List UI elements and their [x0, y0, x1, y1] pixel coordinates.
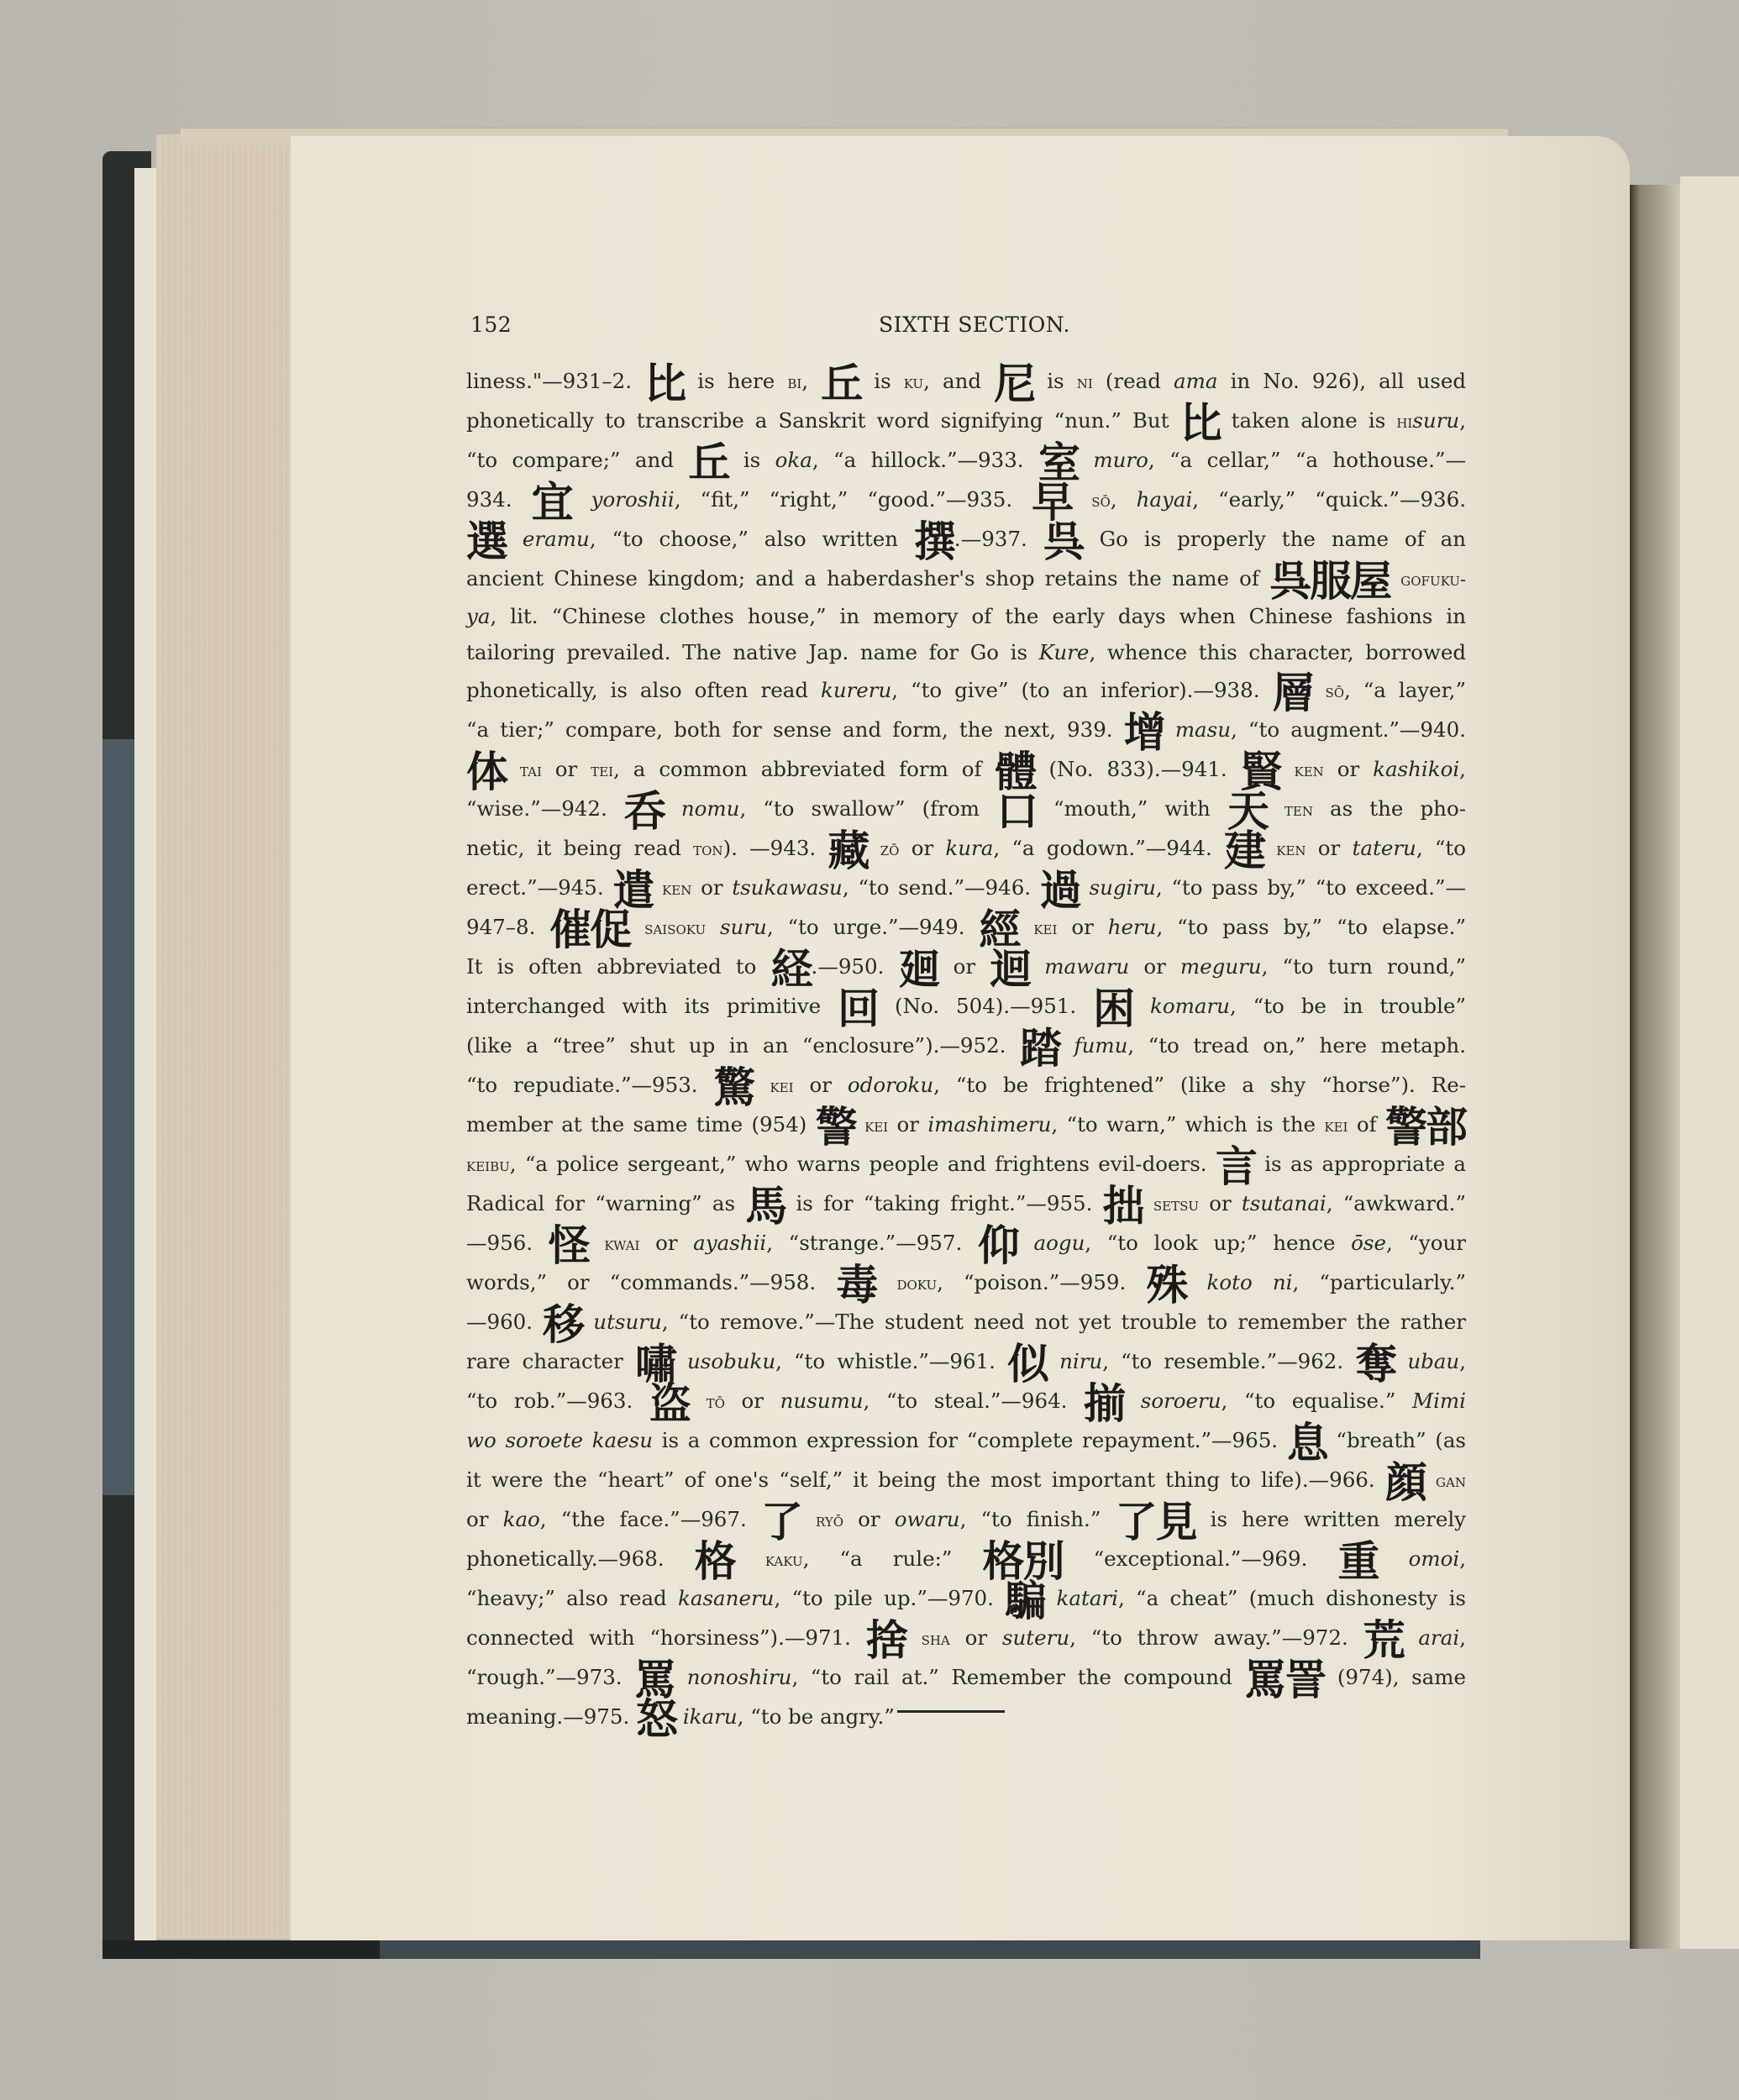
text-run: [1133, 994, 1150, 1018]
text-line: —960. 移 utsuru, “to remove.”—The student…: [466, 1302, 1466, 1341]
text-run: is as appropriate a: [1256, 1152, 1466, 1176]
small-caps-run: KEI: [770, 1076, 793, 1096]
kanji-character: 過: [1040, 878, 1080, 903]
kanji-character: 息: [1287, 1431, 1327, 1456]
text-run: [1048, 1349, 1059, 1373]
italic-run: kasaneru: [678, 1586, 774, 1610]
text-run: phonetically to transcribe a Sanskrit wo…: [466, 408, 1180, 433]
kanji-character: 丘: [821, 371, 861, 396]
small-caps-run: TŌ: [707, 1392, 725, 1412]
italic-run: kura: [945, 836, 993, 860]
kanji-character: 盗: [649, 1391, 690, 1416]
text-line: 選 eramu, “to choose,” also written 撰.—93…: [466, 519, 1466, 559]
kanji-character: 口: [996, 799, 1037, 824]
text-run: , “to be frightened” (like a shy “horse”…: [933, 1073, 1466, 1097]
text-line: phonetically.—968. 格 KAKU, “a rule:” 格別 …: [466, 1539, 1466, 1578]
text-line: erect.”—945. 遣 KEN or tsukawasu, “to sen…: [466, 868, 1466, 907]
text-run: , “to equalise.”: [1222, 1389, 1412, 1413]
page-header: 152 SIXTH SECTION.: [470, 312, 1479, 346]
text-run: “mouth,” with: [1037, 796, 1227, 821]
kanji-character: 体: [466, 759, 507, 785]
italic-run: meguru: [1180, 954, 1262, 979]
text-run: ,: [1459, 1625, 1466, 1650]
endpaper: [134, 168, 156, 1940]
italic-run: tateru: [1353, 836, 1416, 860]
text-run: is: [728, 448, 775, 472]
kanji-character: 仰: [978, 1233, 1018, 1258]
text-run: “to compare;” and: [466, 448, 688, 472]
text-line: rare character 嘯 usobuku, “to whistle.”—…: [466, 1341, 1466, 1381]
text-run: , “a hillock.”—933.: [812, 448, 1038, 472]
italic-run: suru: [720, 915, 767, 939]
text-line: ya, lit. “Chinese clothes house,” in mem…: [466, 598, 1466, 634]
text-line: “wise.”—942. 呑 nomu, “to swallow” (from …: [466, 789, 1466, 828]
italic-run: ama: [1174, 369, 1217, 393]
italic-run: komaru: [1150, 994, 1230, 1018]
kanji-character: 經: [979, 917, 1019, 942]
text-run: [1264, 836, 1276, 860]
text-run: is: [1034, 369, 1077, 393]
text-run: , “to steal.”—964.: [864, 1389, 1085, 1413]
text-run: , “to send.”—946.: [843, 875, 1040, 900]
text-run: [1072, 487, 1091, 512]
text-run: , “a cheat” (much dishonesty is: [1118, 1586, 1466, 1610]
text-run: , “to pile up.”—970.: [774, 1586, 1005, 1610]
text-run: or: [1324, 757, 1373, 781]
text-run: or: [1306, 836, 1353, 860]
text-run: or: [466, 1507, 503, 1531]
text-run: [1060, 1033, 1074, 1058]
text-run: .—937.: [954, 527, 1043, 551]
italic-run: ubau: [1407, 1349, 1459, 1373]
text-run: [690, 1389, 707, 1413]
kanji-character: 體: [996, 759, 1036, 785]
text-run: or: [888, 1112, 927, 1137]
italic-run: Mimi: [1412, 1389, 1466, 1413]
text-run: [665, 796, 681, 821]
text-run: , “the face.”—967.: [540, 1507, 761, 1531]
text-line: “to rob.”—963. 盗 TŌ or nusumu, “to steal…: [466, 1381, 1466, 1420]
italic-run: odoroku: [848, 1073, 933, 1097]
small-caps-run: SETSU: [1153, 1194, 1199, 1215]
body-text: liness."—931–2. 比 is here BI, 丘 is KU, a…: [466, 361, 1466, 1736]
kanji-character: 丘: [688, 450, 728, 475]
text-line: connected with “horsiness”).—971. 捨 SHA …: [466, 1618, 1466, 1657]
kanji-character: 罵詈: [1244, 1667, 1325, 1693]
text-line: words,” or “commands.”—958. 毒 DOKU, “poi…: [466, 1263, 1466, 1302]
text-run: [589, 1231, 605, 1255]
text-run: [507, 757, 520, 781]
kanji-character: 荒: [1363, 1628, 1404, 1653]
text-run: , “fit,” “right,” “good.”—935.: [675, 487, 1032, 512]
text-run: or: [843, 1507, 895, 1531]
text-line: phonetically to transcribe a Sanskrit wo…: [466, 401, 1466, 440]
kanji-character: 建: [1224, 838, 1264, 864]
text-run: [906, 1625, 922, 1650]
kanji-character: 宜: [532, 490, 572, 515]
text-run: or: [938, 954, 990, 979]
text-run: , “to look up;” hence: [1085, 1231, 1351, 1255]
text-run: words,” or “commands.”—958.: [466, 1270, 836, 1294]
small-caps-run: SHA: [922, 1629, 950, 1649]
text-run: , “a godown.”—944.: [993, 836, 1224, 860]
kanji-character: 天: [1227, 799, 1268, 824]
text-run: , “to give” (to an inferior).—938.: [891, 678, 1272, 702]
text-run: or: [899, 836, 945, 860]
text-run: in No. 926), all used: [1217, 369, 1466, 393]
text-run: [1404, 1625, 1419, 1650]
italic-run: nusumu: [780, 1389, 864, 1413]
text-run: [1281, 757, 1295, 781]
italic-run: ikaru: [683, 1704, 738, 1729]
kanji-character: 揃: [1084, 1391, 1124, 1416]
text-run: , “to rail at.” Remember the compound: [791, 1665, 1244, 1689]
text-run: “rough.”—973.: [466, 1665, 634, 1689]
text-run: —960.: [466, 1310, 543, 1334]
text-line: “a tier;” compare, both for sense and fo…: [466, 710, 1466, 749]
text-run: , “poison.”—959.: [937, 1270, 1146, 1294]
text-run: , “to pass by,” “to exceed.”—: [1156, 875, 1466, 900]
kanji-character: 嘯: [635, 1352, 675, 1377]
italic-run: wo soroete kaesu: [466, 1428, 653, 1452]
text-run: is here written merely: [1196, 1507, 1467, 1531]
text-run: , “to choose,” also written: [590, 527, 914, 551]
text-run: , “to turn round,”: [1262, 954, 1466, 979]
text-run: [583, 1310, 593, 1334]
text-run: [676, 1704, 683, 1729]
text-run: ,: [1459, 408, 1466, 433]
small-caps-run: ZŌ: [880, 839, 900, 859]
text-run: , “awkward.”: [1327, 1191, 1466, 1215]
text-run: [1143, 1191, 1153, 1215]
text-run: [735, 1546, 765, 1571]
kanji-character: 比: [644, 371, 685, 396]
text-line: it were the “heart” of one's “self,” it …: [466, 1460, 1466, 1499]
text-run: is a common expression for “complete rep…: [653, 1428, 1287, 1452]
text-line: member at the same time (954) 警 KEI or i…: [466, 1105, 1466, 1144]
text-run: or: [1199, 1191, 1242, 1215]
kanji-character: 踏: [1020, 1036, 1060, 1061]
italic-run: omoi: [1409, 1546, 1460, 1571]
text-run: , “to: [1416, 836, 1466, 860]
text-run: meaning.—975.: [466, 1704, 636, 1729]
kanji-character: 格別: [982, 1549, 1063, 1574]
text-run: [1186, 1270, 1206, 1294]
italic-run: eramu: [523, 527, 590, 551]
text-run: [507, 527, 523, 551]
text-line: It is often abbreviated to 経.—950. 廻 or …: [466, 947, 1466, 986]
small-caps-run: SAISOKU: [644, 918, 706, 938]
kanji-character: 警部: [1385, 1115, 1466, 1140]
text-run: [868, 836, 880, 860]
text-line: “heavy;” also read kasaneru, “to pile up…: [466, 1578, 1466, 1618]
text-run: , “to urge.”—949.: [767, 915, 980, 939]
text-run: , “to swallow” (from: [739, 796, 996, 821]
text-line: 947–8. 催促 SAISOKU suru, “to urge.”—949. …: [466, 907, 1466, 947]
text-run: , “to remove.”—The student need not yet …: [662, 1310, 1466, 1334]
kanji-character: 呉: [1043, 529, 1084, 554]
text-line: “to repudiate.”—953. 驚 KEI or odoroku, “…: [466, 1065, 1466, 1105]
text-line: meaning.—975. 怒 ikaru, “to be angry.”: [466, 1697, 1466, 1736]
kanji-character: 怒: [636, 1707, 676, 1732]
text-run: [630, 915, 644, 939]
text-run: [675, 1665, 687, 1689]
text-line: “rough.”—973. 罵 nonoshiru, “to rail at.”…: [466, 1657, 1466, 1697]
text-run: or: [1129, 954, 1180, 979]
kanji-character: 呑: [624, 799, 665, 824]
text-run: 947–8.: [466, 915, 549, 939]
text-run: [1079, 448, 1093, 472]
text-line: or kao, “the face.”—967. 了 RYŌ or owaru,…: [466, 1499, 1466, 1539]
text-line: liness."—931–2. 比 is here BI, 丘 is KU, a…: [466, 361, 1466, 401]
italic-run: nomu: [681, 796, 740, 821]
italic-run: kureru: [821, 678, 891, 702]
italic-run: katari: [1057, 1586, 1118, 1610]
text-run: , “to be in trouble”: [1230, 994, 1466, 1018]
text-run: [1018, 1231, 1034, 1255]
text-run: phonetically.—968.: [466, 1546, 695, 1571]
text-line: 体 TAI or TEI, a common abbreviated form …: [466, 749, 1466, 789]
kanji-character: 殊: [1146, 1273, 1186, 1298]
text-run: “breath” (as: [1327, 1428, 1466, 1452]
text-run: is here: [685, 369, 787, 393]
text-run: ,: [801, 369, 821, 393]
kanji-character: 移: [543, 1312, 583, 1337]
text-run: [1312, 678, 1325, 702]
text-run: ,: [1459, 1349, 1466, 1373]
text-run: [572, 487, 591, 512]
text-run: (974), same: [1325, 1665, 1466, 1689]
italic-run: sugiru: [1090, 875, 1156, 900]
text-run: taken alone is: [1221, 408, 1397, 433]
italic-run: utsuru: [593, 1310, 661, 1334]
text-run: interchanged with its primitive: [466, 994, 838, 1018]
text-run: as the pho-: [1313, 796, 1466, 821]
text-line: KEIBU, “a police sergeant,” who warns pe…: [466, 1144, 1466, 1184]
italic-run: soroeru: [1141, 1389, 1222, 1413]
kanji-character: 比: [1180, 411, 1221, 436]
text-run: , a common abbreviated form of: [613, 757, 995, 781]
text-run: , “your: [1386, 1231, 1466, 1255]
italic-run: ayashii: [693, 1231, 766, 1255]
text-run: , “a police sergeant,” who warns people …: [510, 1152, 1216, 1176]
text-run: “exceptional.”—969.: [1063, 1546, 1337, 1571]
italic-run: muro: [1093, 448, 1148, 472]
text-run: (like a “tree” shut up in an “enclosure”…: [466, 1033, 1020, 1058]
small-caps-run: GOFUKU-: [1400, 570, 1466, 590]
text-line: ancient Chinese kingdom; and a haberdash…: [466, 559, 1466, 598]
text-run: or: [794, 1073, 848, 1097]
kanji-character: 困: [1093, 996, 1133, 1021]
kanji-character: 迴: [990, 957, 1030, 982]
small-caps-run: KWAI: [604, 1234, 639, 1254]
text-run: or: [1057, 915, 1107, 939]
italic-run: aogu: [1034, 1231, 1085, 1255]
text-run: ,: [1459, 1546, 1466, 1571]
kanji-character: 室: [1038, 450, 1079, 475]
text-run: or: [725, 1389, 780, 1413]
text-run: [1019, 915, 1033, 939]
text-run: ). —943.: [723, 836, 828, 860]
text-line: wo soroete kaesu is a common expression …: [466, 1420, 1466, 1460]
text-run: phonetically, is also often read: [466, 678, 821, 702]
kanji-character: 格: [695, 1549, 735, 1574]
text-run: [1080, 875, 1090, 900]
italic-run: koto ni: [1207, 1270, 1293, 1294]
kanji-character: 重: [1338, 1549, 1379, 1574]
text-run: , “a cellar,” “a hothouse.”—: [1148, 448, 1466, 472]
small-caps-run: KU: [904, 372, 923, 392]
text-run: is: [861, 369, 904, 393]
text-line: —956. 怪 KWAI or ayashii, “strange.”—957.…: [466, 1223, 1466, 1263]
kanji-character: 尼: [994, 371, 1034, 396]
italic-run: mawaru: [1044, 954, 1129, 979]
text-line: (like a “tree” shut up in an “enclosure”…: [466, 1026, 1466, 1065]
small-caps-run: DOKU: [896, 1273, 937, 1294]
cover-corner: [102, 1940, 380, 1959]
kanji-character: 拙: [1103, 1194, 1143, 1219]
text-line: 934. 宜 yoroshii, “fit,” “right,” “good.”…: [466, 480, 1466, 519]
kanji-character: 層: [1272, 680, 1312, 706]
text-run: tailoring prevailed. The native Jap. nam…: [466, 640, 1039, 664]
text-run: erect.”—945.: [466, 875, 612, 900]
kanji-character: 藏: [827, 838, 868, 864]
small-caps-run: KEI: [864, 1116, 888, 1136]
text-run: “to repudiate.”—953.: [466, 1073, 714, 1097]
text-run: , whence this character, borrowed: [1089, 640, 1466, 664]
text-run: [653, 875, 662, 900]
small-caps-run: GAN: [1436, 1471, 1466, 1491]
kanji-character: 了見: [1116, 1509, 1196, 1535]
small-caps-run: NI: [1077, 372, 1093, 392]
text-run: [675, 1349, 687, 1373]
kanji-character: 驚: [714, 1075, 754, 1100]
kanji-character: 怪: [549, 1233, 589, 1258]
text-run: , “strange.”—957.: [766, 1231, 978, 1255]
text-run: [856, 1112, 864, 1137]
italic-run: yoroshii: [591, 487, 675, 512]
kanji-character: 経: [771, 957, 812, 982]
text-run: is for “taking fright.”—955.: [785, 1191, 1102, 1215]
text-run: [876, 1270, 896, 1294]
text-run: , “to tread on,” here metaph.: [1127, 1033, 1466, 1058]
text-run: it were the “heart” of one's “self,” it …: [466, 1467, 1385, 1492]
text-run: ,: [1459, 757, 1466, 781]
text-run: or: [691, 875, 732, 900]
italic-run: kao: [503, 1507, 540, 1531]
text-run: member at the same time (954): [466, 1112, 816, 1137]
text-run: connected with “horsiness”).—971.: [466, 1625, 866, 1650]
text-run: rare character: [466, 1349, 635, 1373]
kanji-character: 言: [1216, 1154, 1256, 1179]
text-run: , “to augment.”—940.: [1231, 717, 1466, 742]
text-run: (read: [1093, 369, 1174, 393]
text-run: , “to be angry.”: [738, 1704, 895, 1729]
kanji-character: 回: [838, 996, 878, 1021]
text-run: of: [1348, 1112, 1385, 1137]
italic-run: tsukawasu: [732, 875, 843, 900]
text-run: “a tier;” compare, both for sense and fo…: [466, 717, 1124, 742]
text-run: , and: [923, 369, 994, 393]
book-cover-bottom: [102, 1940, 1480, 1959]
kanji-character: 呉服屋: [1269, 569, 1390, 594]
text-run: ancient Chinese kingdom; and a haberdash…: [466, 566, 1269, 591]
small-caps-run: KEIBU: [466, 1155, 510, 1175]
italic-run: ya: [466, 604, 490, 628]
text-run: , “to throw away.”—972.: [1069, 1625, 1363, 1650]
kanji-character: 撰: [914, 529, 954, 554]
kanji-character: 賢: [1241, 759, 1281, 785]
italic-run: tsutanai: [1242, 1191, 1327, 1215]
italic-run: Kure: [1039, 640, 1090, 664]
small-caps-run: TON: [693, 839, 722, 859]
text-run: [1390, 566, 1400, 591]
text-run: , “to warn,” which is the: [1051, 1112, 1324, 1137]
italic-run: suteru: [1002, 1625, 1069, 1650]
italic-run: oka: [775, 448, 812, 472]
facing-page-edge: [1680, 176, 1739, 1949]
text-line: interchanged with its primitive 回 (No. 5…: [466, 986, 1466, 1026]
text-run: ,: [1111, 487, 1137, 512]
text-run: , “to finish.”: [960, 1507, 1116, 1531]
page-block-edges: [156, 134, 291, 1939]
small-caps-run: TEI: [591, 760, 613, 780]
text-run: (No. 833).—941.: [1036, 757, 1241, 781]
text-run: [1124, 1389, 1141, 1413]
text-line: tailoring prevailed. The native Jap. nam…: [466, 634, 1466, 670]
italic-run: hayai: [1137, 487, 1193, 512]
italic-run: heru: [1108, 915, 1157, 939]
kanji-character: 廻: [898, 957, 938, 982]
italic-run: fumu: [1074, 1033, 1128, 1058]
small-caps-run: KEN: [1276, 839, 1306, 859]
text-line: Radical for “warning” as 馬 is for “takin…: [466, 1184, 1466, 1223]
small-caps-run: KEN: [662, 879, 691, 899]
kanji-character: 馬: [745, 1194, 785, 1219]
cover-cloth: [102, 739, 136, 1495]
text-run: (No. 504).—951.: [878, 994, 1093, 1018]
kanji-character: 警: [816, 1115, 856, 1140]
section-end-rule: [897, 1710, 1005, 1713]
italic-run: usobuku: [687, 1349, 775, 1373]
text-run: or: [639, 1231, 693, 1255]
italic-run: imashimeru: [927, 1112, 1051, 1137]
text-run: , “to whistle.”—961.: [775, 1349, 1007, 1373]
kanji-character: 早: [1032, 490, 1072, 515]
text-run: , lit. “Chinese clothes house,” in memor…: [490, 604, 1466, 628]
kanji-character: 催促: [549, 917, 630, 942]
italic-run: suru: [1412, 408, 1459, 433]
text-run: [801, 1507, 816, 1531]
kanji-character: 罵: [634, 1667, 675, 1693]
italic-run: owaru: [895, 1507, 960, 1531]
book-gutter: [1630, 185, 1680, 1949]
text-run: [1426, 1467, 1436, 1492]
text-line: “to compare;” and 丘 is oka, “a hillock.”…: [466, 440, 1466, 480]
italic-run: arai: [1418, 1625, 1459, 1650]
text-run: or: [542, 757, 591, 781]
text-run: [1045, 1586, 1056, 1610]
text-line: phonetically, is also often read kureru,…: [466, 670, 1466, 710]
small-caps-run: BI: [787, 372, 801, 392]
small-caps-run: HI: [1396, 412, 1412, 432]
text-line: netic, it being read TON). —943. 藏 ZŌ or…: [466, 828, 1466, 868]
text-run: [1395, 1349, 1407, 1373]
italic-run: niru: [1059, 1349, 1102, 1373]
small-caps-run: KEI: [1324, 1116, 1348, 1136]
text-run: [1268, 796, 1285, 821]
text-run: [1379, 1546, 1409, 1571]
